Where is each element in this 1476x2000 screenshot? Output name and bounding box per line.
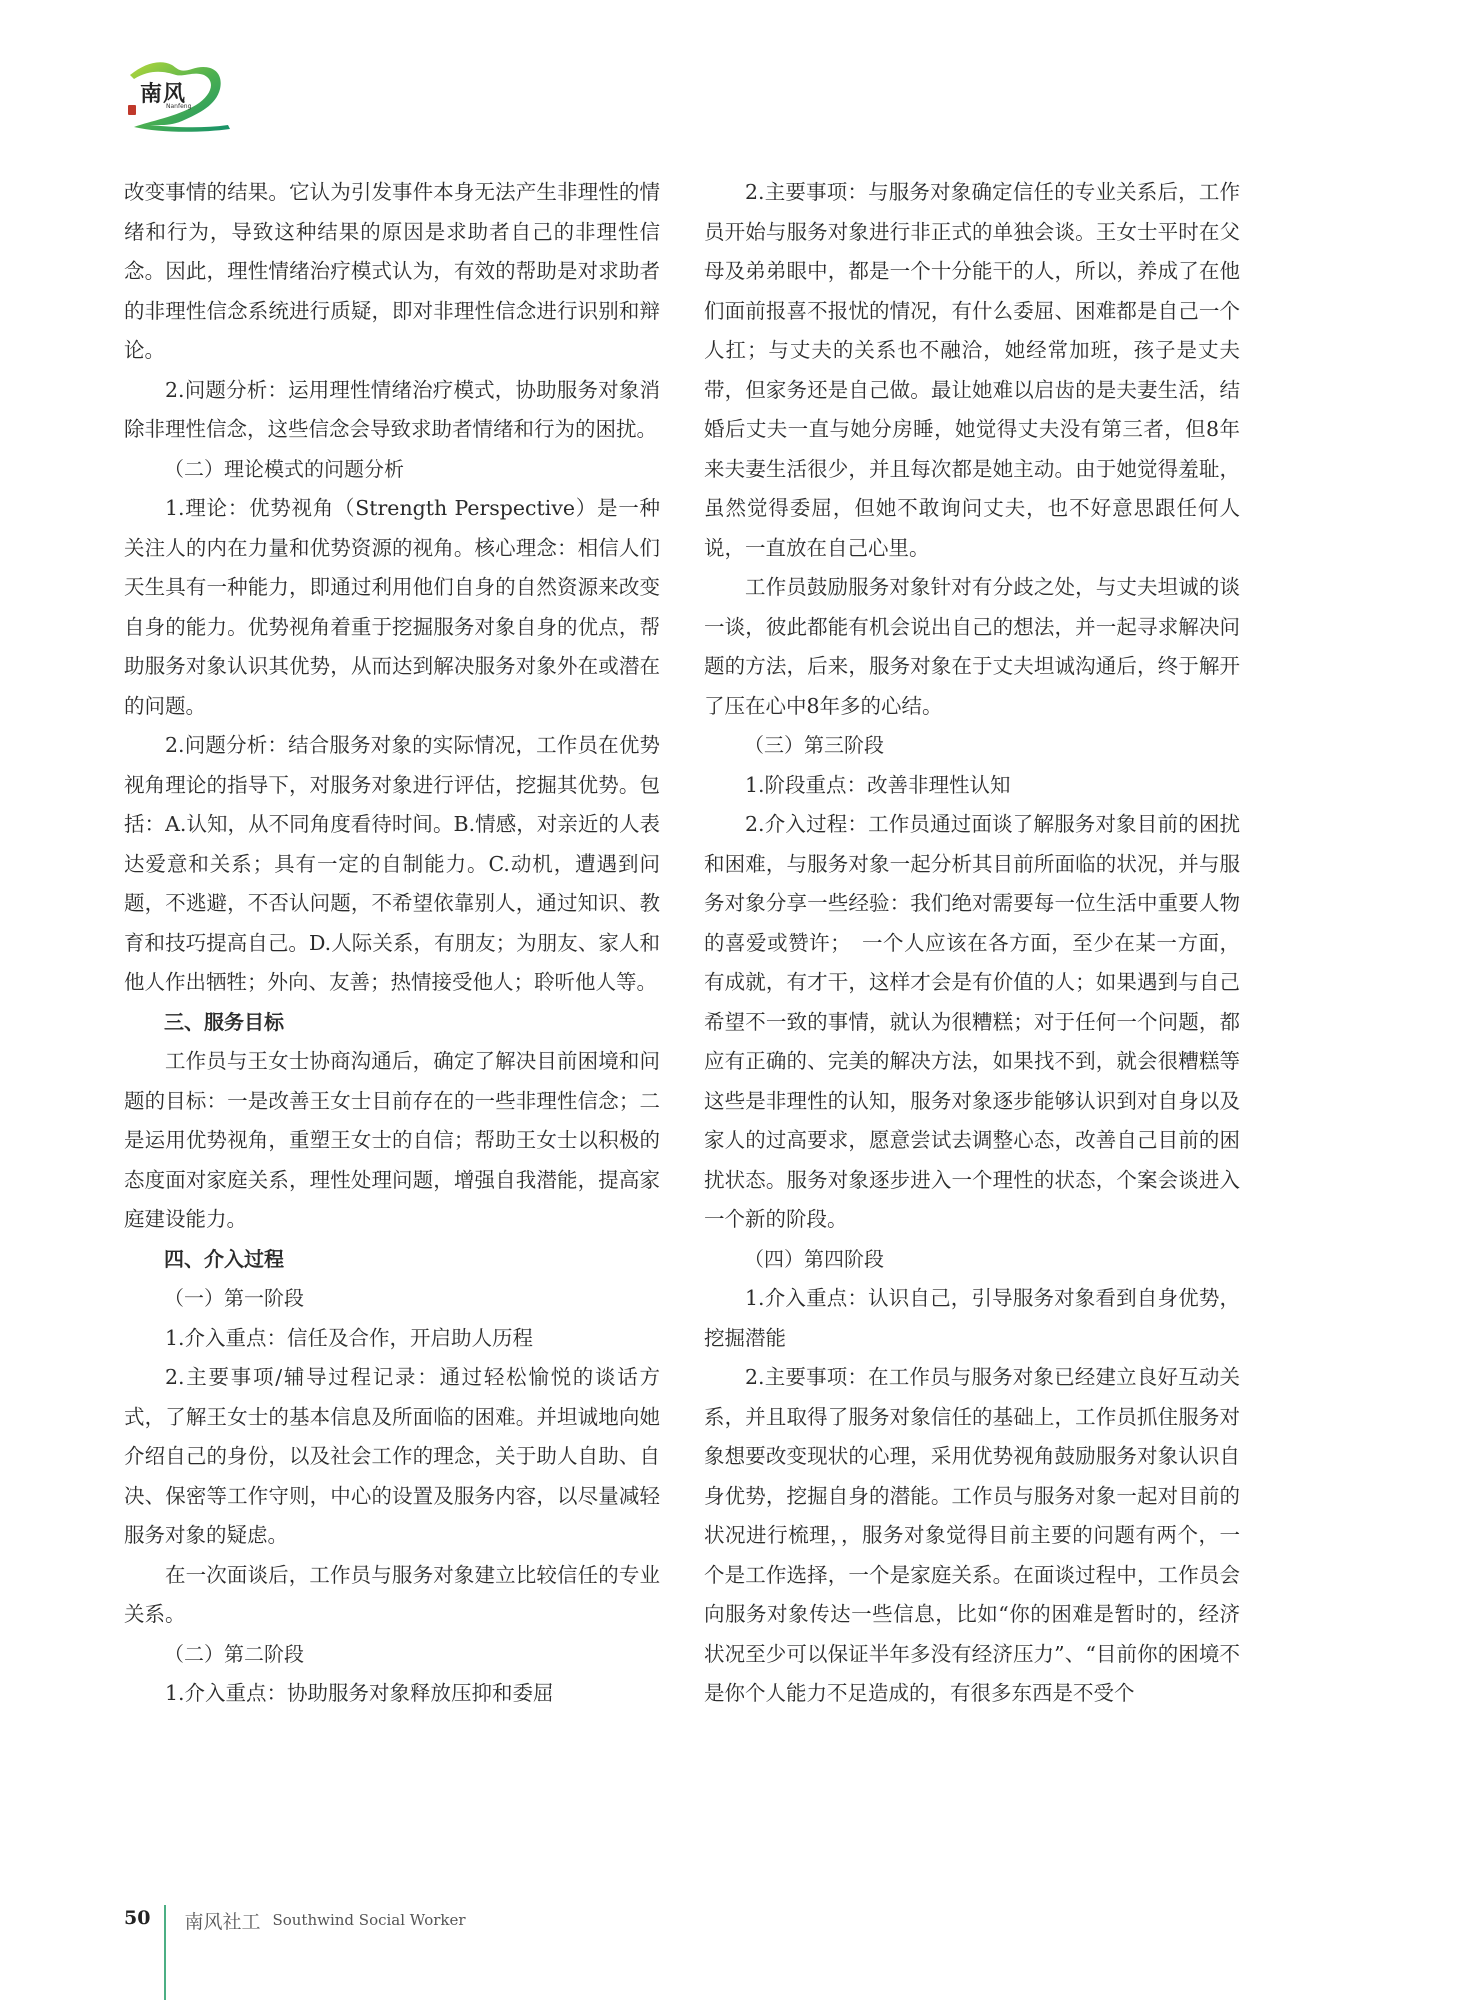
paragraph: 改变事情的结果。它认为引发事件本身无法产生非理性的情绪和行为，导致这种结果的原因…: [124, 173, 660, 371]
paragraph: 2.介入过程：工作员通过面谈了解服务对象目前的困扰和困难，与服务对象一起分析其目…: [704, 805, 1240, 1240]
right-column: 2.主要事项：与服务对象确定信任的专业关系后，工作员开始与服务对象进行非正式的单…: [704, 173, 1240, 1714]
paragraph: 1.理论：优势视角（Strength Perspective）是一种关注人的内在…: [124, 489, 660, 726]
paragraph: 2.主要事项/辅导过程记录：通过轻松愉悦的谈话方式，了解王女士的基本信息及所面临…: [124, 1358, 660, 1556]
section-heading: 三、服务目标: [124, 1003, 660, 1043]
subheading: （三）第三阶段: [704, 726, 1240, 766]
paragraph: 1.介入重点：信任及合作，开启助人历程: [124, 1319, 660, 1359]
paragraph: 在一次面谈后，工作员与服务对象建立比较信任的专业关系。: [124, 1556, 660, 1635]
subheading: （二）第二阶段: [124, 1635, 660, 1675]
magazine-title-cn: 南风社工: [184, 1907, 260, 1934]
subheading: （一）第一阶段: [124, 1279, 660, 1319]
paragraph: 2.主要事项：在工作员与服务对象已经建立良好互动关系，并且取得了服务对象信任的基…: [704, 1358, 1240, 1714]
logo-brand-subtext: Nanfeng: [166, 103, 191, 110]
paragraph: 1.介入重点：协助服务对象释放压抑和委屈: [124, 1674, 660, 1714]
paragraph: 2.问题分析：结合服务对象的实际情况，工作员在优势视角理论的指导下，对服务对象进…: [124, 726, 660, 1003]
page-footer: 50 南风社工 Southwind Social Worker: [124, 1905, 466, 2000]
page-number: 50: [124, 1907, 150, 1929]
left-column: 改变事情的结果。它认为引发事件本身无法产生非理性的情绪和行为，导致这种结果的原因…: [124, 173, 660, 1714]
paragraph: 1.阶段重点：改善非理性认知: [704, 766, 1240, 806]
section-heading: 四、介入过程: [124, 1240, 660, 1280]
seal-stamp-icon: [128, 105, 136, 115]
paragraph: 工作员与王女士协商沟通后，确定了解决目前困境和问题的目标：一是改善王女士目前存在…: [124, 1042, 660, 1240]
paragraph: 1.介入重点：认识自己，引导服务对象看到自身优势，挖掘潜能: [704, 1279, 1240, 1358]
paragraph: 2.主要事项：与服务对象确定信任的专业关系后，工作员开始与服务对象进行非正式的单…: [704, 173, 1240, 568]
subheading: （四）第四阶段: [704, 1240, 1240, 1280]
paragraph: 工作员鼓励服务对象针对有分歧之处，与丈夫坦诚的谈一谈，彼此都能有机会说出自己的想…: [704, 568, 1240, 726]
magazine-title-en: Southwind Social Worker: [272, 1911, 465, 1929]
subheading: （二）理论模式的问题分析: [124, 450, 660, 490]
magazine-logo: 南风 Nanfeng: [120, 55, 240, 135]
footer-divider: [164, 1905, 166, 2000]
paragraph: 2.问题分析：运用理性情绪治疗模式，协助服务对象消除非理性信念，这些信念会导致求…: [124, 371, 660, 450]
